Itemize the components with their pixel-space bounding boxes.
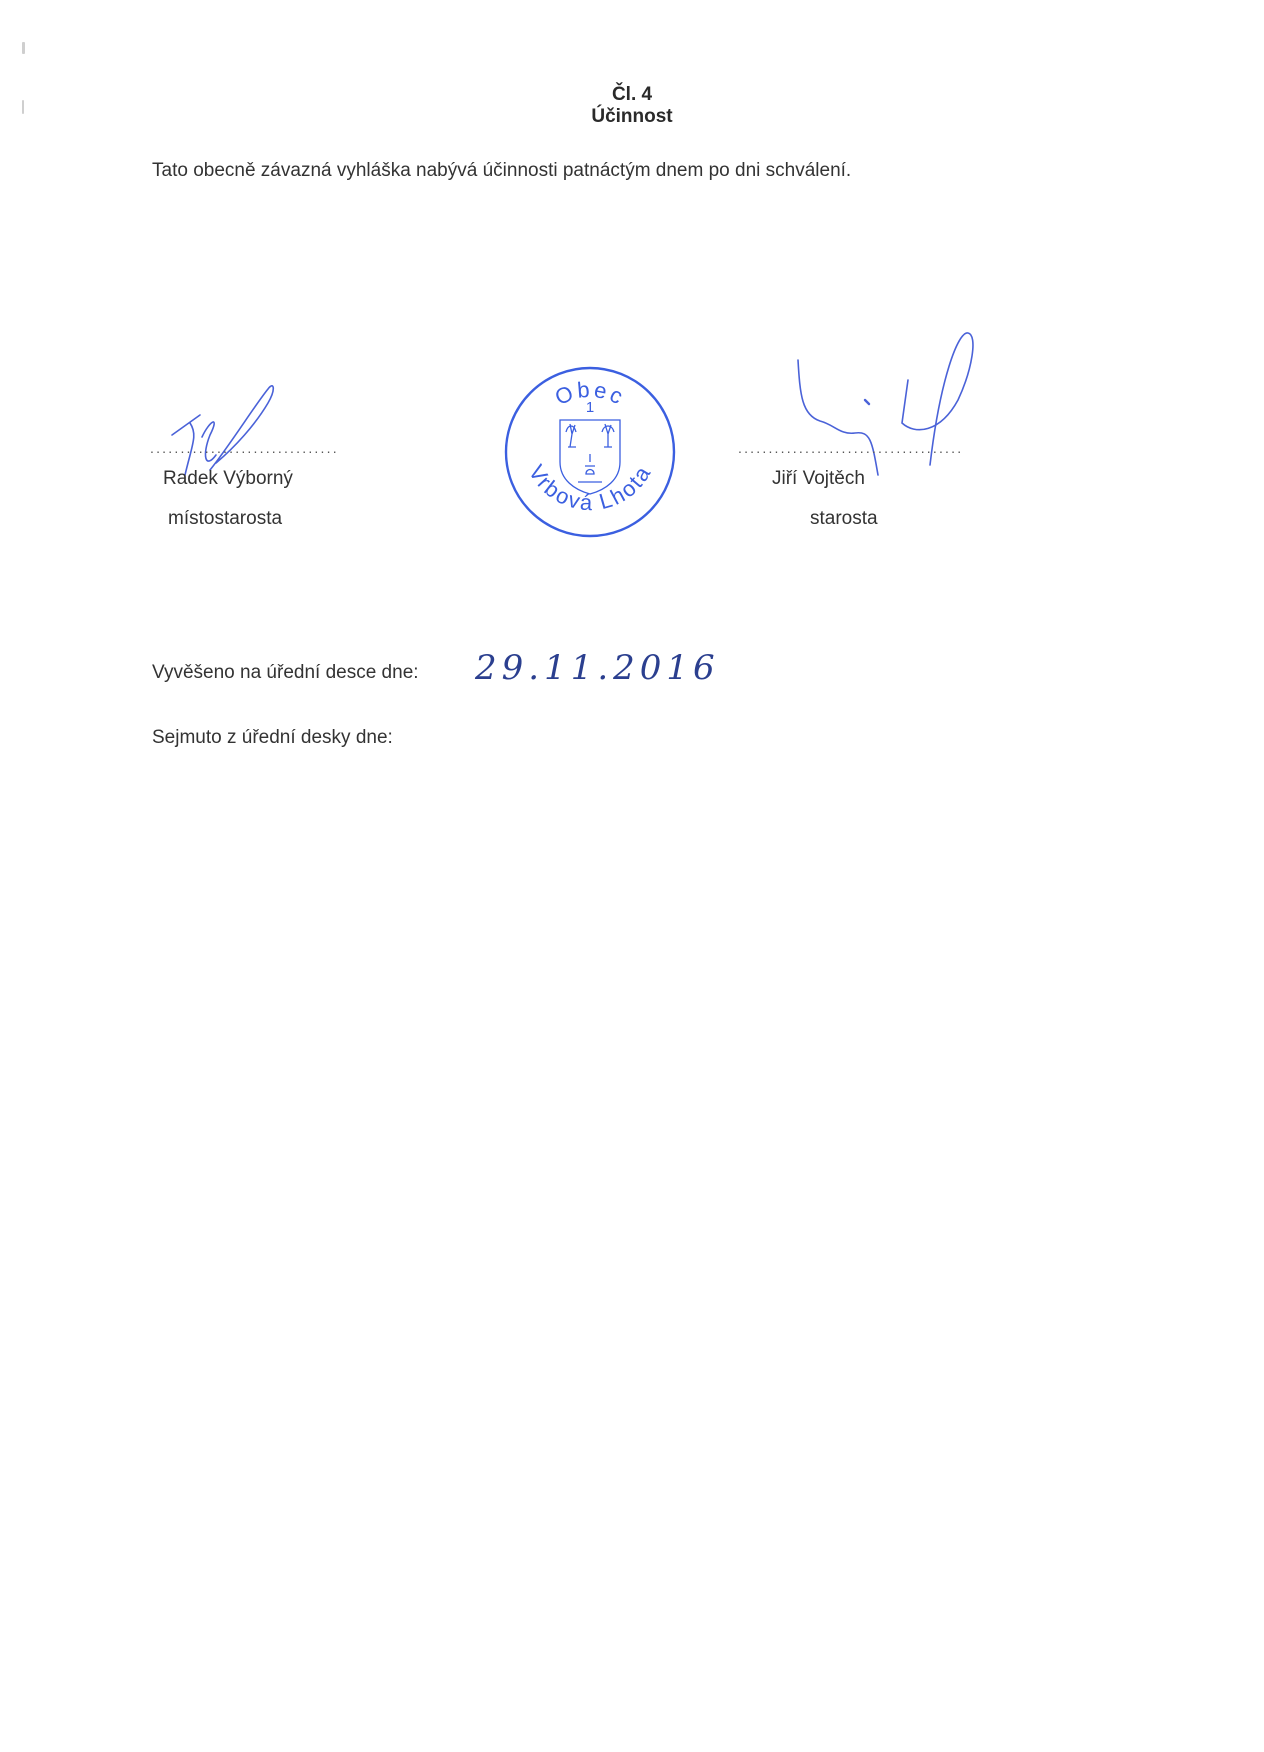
signatory-left-name: Radek Výborný: [163, 468, 293, 490]
article-number: Čl. 4: [0, 84, 1264, 106]
signatory-right-role: starosta: [810, 508, 878, 530]
article-paragraph: Tato obecně závazná vyhláška nabývá účin…: [152, 160, 851, 182]
posted-label: Vyvěšeno na úřední desce dne:: [152, 662, 419, 684]
signature-right-icon: [790, 325, 990, 485]
signatory-right-name: Jiří Vojtěch: [772, 468, 865, 490]
official-stamp: Obec 1 Vrbová Lhota: [500, 362, 680, 542]
article-heading: Účinnost: [0, 106, 1264, 128]
posted-date-handwritten: 29.11.2016: [475, 648, 720, 688]
scan-artifact: [22, 42, 25, 54]
signature-line-left: ........................................…: [150, 440, 340, 456]
stamp-bottom-text: Vrbová Lhota: [524, 460, 657, 515]
coat-of-arms-icon: [560, 420, 620, 494]
stamp-number: 1: [586, 399, 594, 416]
svg-text:Vrbová Lhota: Vrbová Lhota: [524, 460, 657, 515]
signature-line-right: ........................................…: [738, 440, 963, 456]
removed-label: Sejmuto z úřední desky dne:: [152, 727, 393, 749]
signatory-left-role: místostarosta: [168, 508, 282, 530]
